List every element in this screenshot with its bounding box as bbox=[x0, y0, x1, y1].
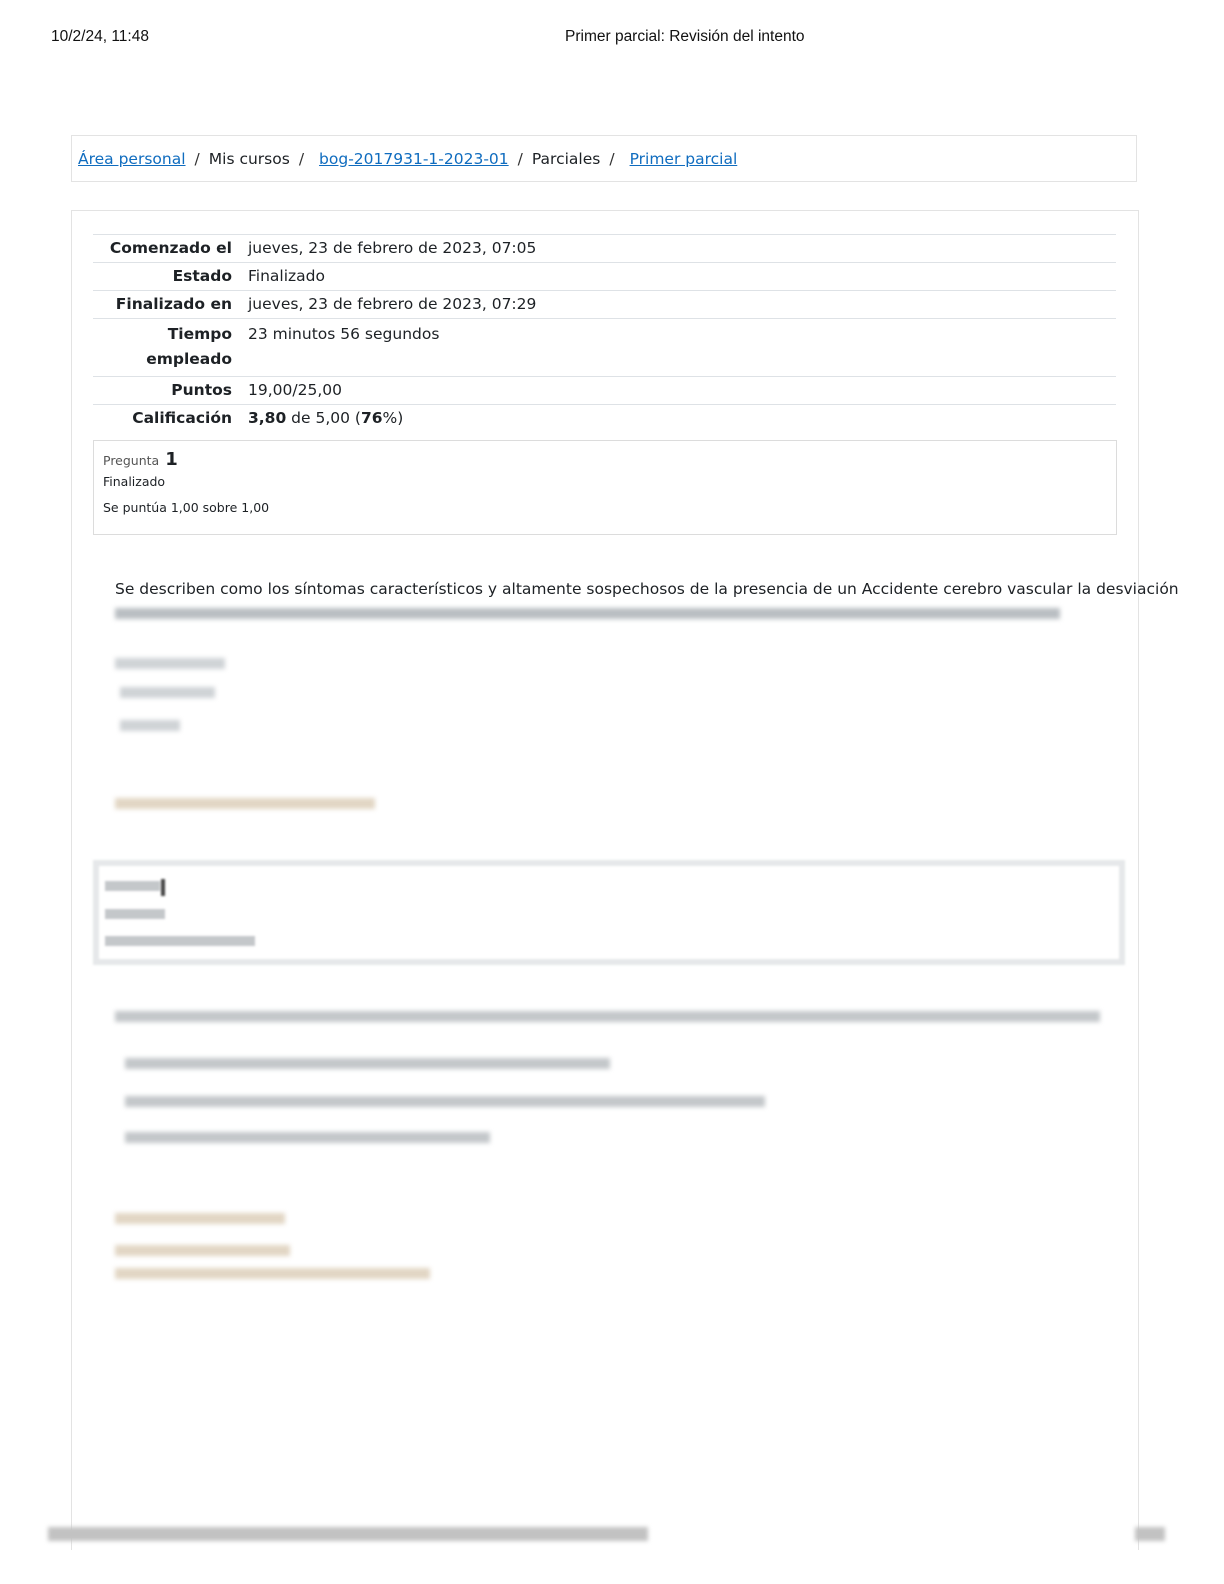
question-2-info-redacted bbox=[93, 860, 1125, 965]
redacted-q2-number bbox=[105, 881, 160, 891]
redacted-question-text-line bbox=[115, 608, 1060, 619]
redacted-option-2[interactable] bbox=[120, 720, 180, 731]
redacted-q2-state bbox=[105, 909, 165, 919]
print-footer-page-redacted bbox=[1135, 1527, 1165, 1541]
redacted-q2-option-c[interactable] bbox=[125, 1132, 490, 1143]
redacted-q2-feedback-2 bbox=[115, 1245, 290, 1256]
print-footer-url-redacted bbox=[48, 1527, 648, 1541]
redacted-content bbox=[0, 0, 1224, 1584]
redacted-q2-feedback-1 bbox=[115, 1213, 285, 1224]
redacted-select-label bbox=[115, 658, 225, 669]
redacted-q2-grade bbox=[105, 936, 255, 946]
redacted-q2-number-glyph bbox=[161, 879, 165, 896]
redacted-q2-option-a[interactable] bbox=[125, 1058, 610, 1069]
redacted-feedback bbox=[115, 798, 375, 809]
redacted-option-1[interactable] bbox=[120, 687, 215, 698]
redacted-question-2-text bbox=[115, 1011, 1100, 1022]
redacted-q2-feedback-3 bbox=[115, 1268, 430, 1279]
redacted-q2-option-b[interactable] bbox=[125, 1096, 765, 1107]
